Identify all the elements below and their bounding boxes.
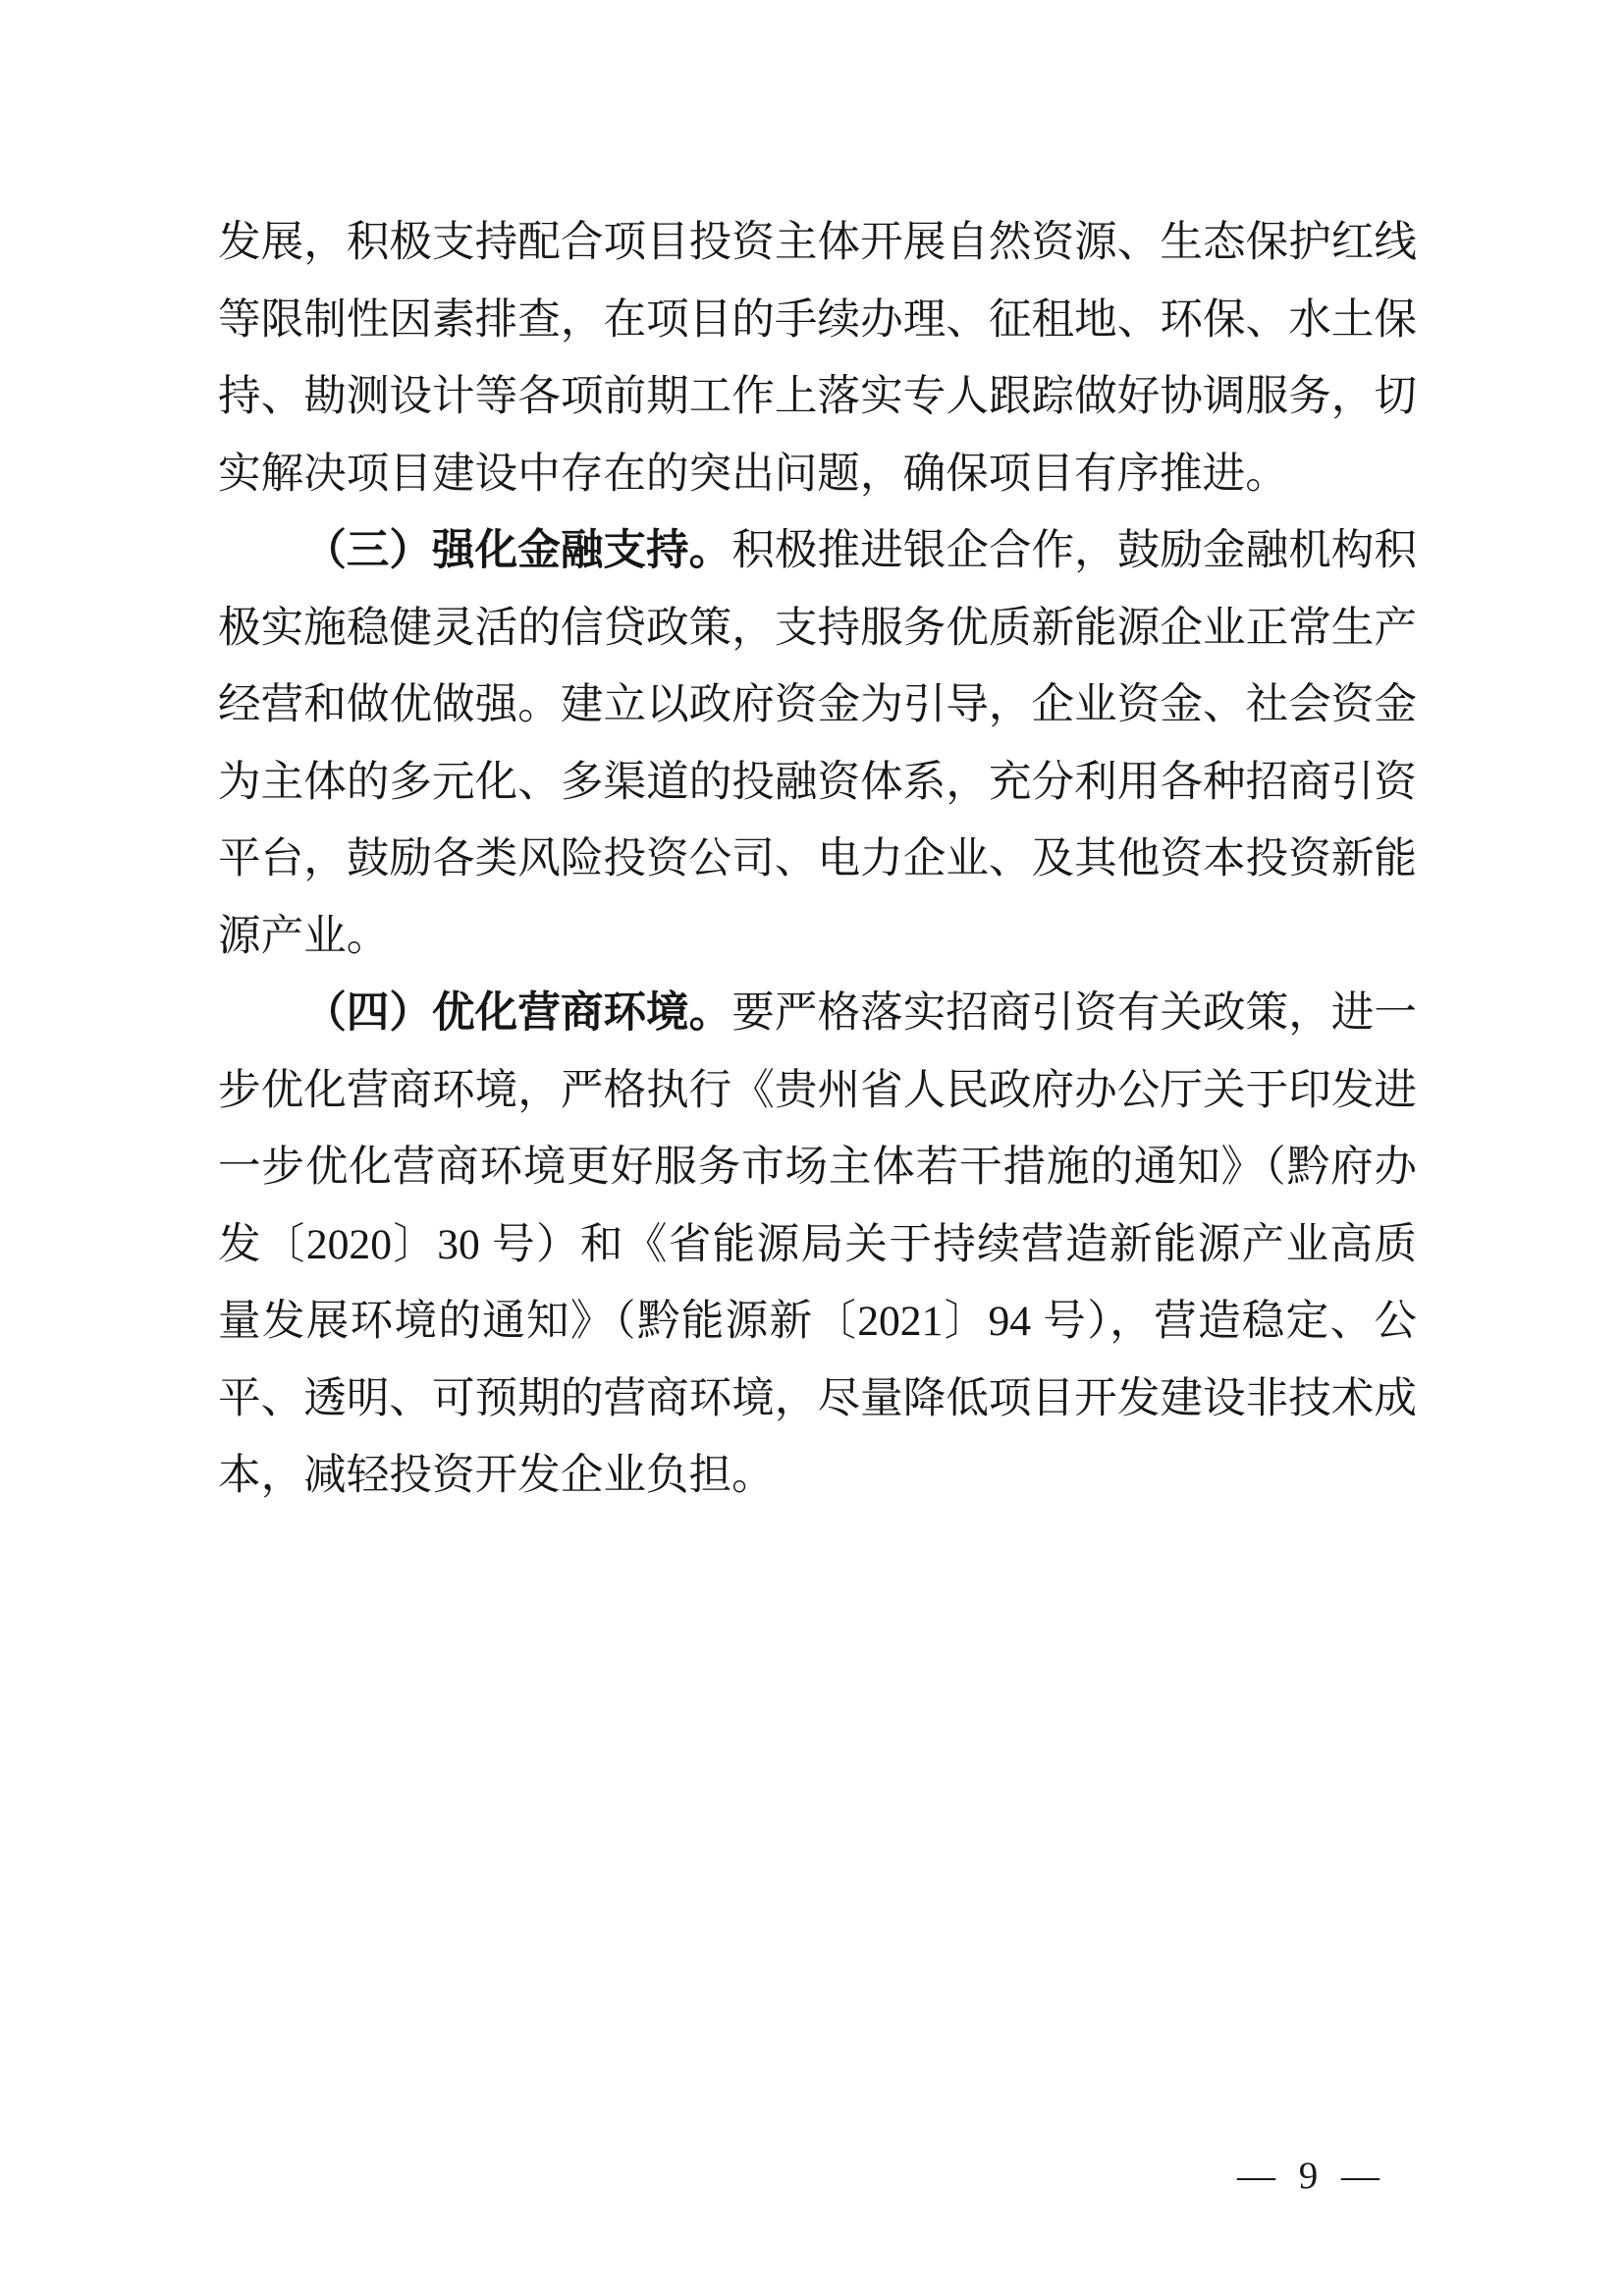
body-line-text: 一步优化营商环境更好服务市场主体若干措施的通知》（黔府办 [218, 1144, 1417, 1191]
body-line-text: 平、透明、可预期的营商环境，尽量降低项目开发建设非技术成 [218, 1375, 1417, 1422]
body-line-text: 为主体的多元化、多渠道的投融资体系，充分利用各种招商引资 [218, 759, 1417, 806]
body-line-text: 步优化营商环境，严格执行《贵州省人民政府办公厅关于印发进 [218, 1067, 1417, 1114]
body-line-9: 平台，鼓励各类风险投资公司、电力企业、及其他资本投资新能 [218, 821, 1417, 898]
body-line-17: 本，减轻投资开发企业负担。 [218, 1437, 1417, 1515]
body-line-2: 等限制性因素排查，在项目的手续办理、征租地、环保、水土保 [218, 282, 1417, 359]
body-line-15: 量发展环境的通知》（黔能源新〔2021〕94 号），营造稳定、公 [218, 1283, 1417, 1361]
body-line-16: 平、透明、可预期的营商环境，尽量降低项目开发建设非技术成 [218, 1361, 1417, 1438]
body-line-14: 发〔2020〕30 号）和《省能源局关于持续营造新能源产业高质 [218, 1206, 1417, 1284]
body-line-text: 平台，鼓励各类风险投资公司、电力企业、及其他资本投资新能 [218, 835, 1417, 882]
body-line-text: 积极推进银企合作，鼓励金融机构积 [731, 527, 1417, 574]
body-line-7: 经营和做优做强。建立以政府资金为引导，企业资金、社会资金 [218, 667, 1417, 744]
body-line-4: 实解决项目建设中存在的突出问题，确保项目有序推进。 [218, 436, 1417, 513]
body-line-3: 持、勘测设计等各项前期工作上落实专人跟踪做好协调服务，切 [218, 358, 1417, 436]
body-line-12: 步优化营商环境，严格执行《贵州省人民政府办公厅关于印发进 [218, 1052, 1417, 1130]
body-line-1: 发展，积极支持配合项目投资主体开展自然资源、生态保护红线 [218, 204, 1417, 282]
body-line-8: 为主体的多元化、多渠道的投融资体系，充分利用各种招商引资 [218, 744, 1417, 822]
section-heading-4: （四）优化营商环境。 [303, 989, 731, 1037]
body-line-text: 发展，积极支持配合项目投资主体开展自然资源、生态保护红线 [218, 219, 1417, 266]
section-heading-3: （三）强化金融支持。 [303, 527, 731, 574]
body-line-11: （四）优化营商环境。要严格落实招商引资有关政策，进一 [218, 975, 1417, 1052]
document-page: 发展，积极支持配合项目投资主体开展自然资源、生态保护红线 等限制性因素排查，在项… [0, 0, 1623, 2296]
body-line-text: 等限制性因素排查，在项目的手续办理、征租地、环保、水土保 [218, 296, 1417, 344]
body-line-text: 持、勘测设计等各项前期工作上落实专人跟踪做好协调服务，切 [218, 373, 1417, 420]
body-line-10: 源产业。 [218, 898, 1417, 976]
body-line-5: （三）强化金融支持。积极推进银企合作，鼓励金融机构积 [218, 512, 1417, 590]
body-line-text: 经营和做优做强。建立以政府资金为引导，企业资金、社会资金 [218, 681, 1417, 728]
body-line-6: 极实施稳健灵活的信贷政策，支持服务优质新能源企业正常生产 [218, 590, 1417, 667]
body-line-13: 一步优化营商环境更好服务市场主体若干措施的通知》（黔府办 [218, 1129, 1417, 1206]
body-line-text: 源产业。 [218, 913, 389, 960]
body-line-text: 实解决项目建设中存在的突出问题，确保项目有序推进。 [218, 451, 1288, 498]
body-line-text: 极实施稳健灵活的信贷政策，支持服务优质新能源企业正常生产 [218, 605, 1417, 652]
page-number: — 9 — [1211, 2150, 1407, 2203]
body-line-text: 发〔2020〕30 号）和《省能源局关于持续营造新能源产业高质 [218, 1221, 1417, 1268]
body-line-text: 本，减轻投资开发企业负担。 [218, 1452, 775, 1499]
body-line-text: 量发展环境的通知》（黔能源新〔2021〕94 号），营造稳定、公 [218, 1298, 1417, 1345]
document-body: 发展，积极支持配合项目投资主体开展自然资源、生态保护红线 等限制性因素排查，在项… [218, 204, 1417, 1515]
body-line-text: 要严格落实招商引资有关政策，进一 [731, 989, 1417, 1037]
